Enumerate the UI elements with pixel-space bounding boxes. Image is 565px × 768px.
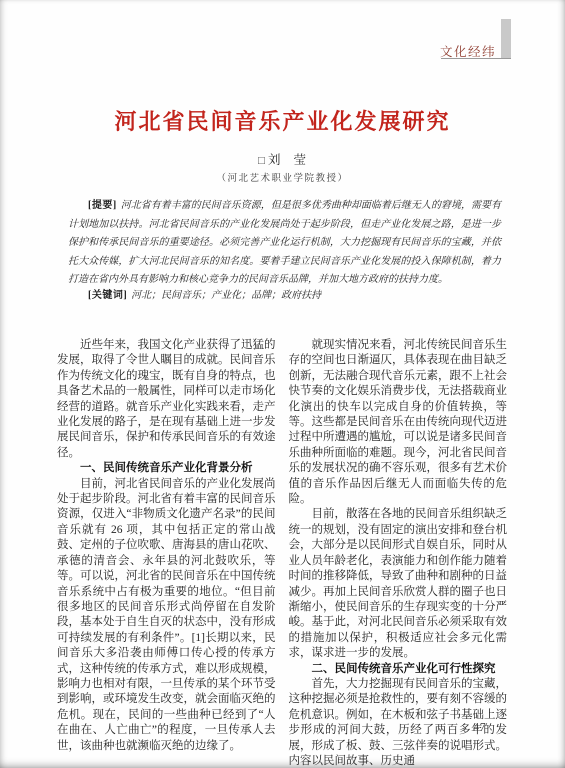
- author-family-name: 莹: [293, 153, 307, 167]
- body-paragraph: 目前，河北省民间音乐的产业化发展尚处于起步阶段。河北省有着丰富的民间音乐资源，仅…: [57, 477, 276, 754]
- body-column-right: 就现实情况来看，河北传统民间音乐生存的空间也日渐逼仄，具体表现在曲目缺乏创新，无…: [289, 338, 508, 768]
- section-heading: 一、民间传统音乐产业化背景分析: [57, 461, 276, 476]
- author-given-name: 刘: [268, 153, 282, 167]
- author-affiliation: （河北艺术职业学院教授）: [0, 170, 565, 184]
- body-paragraph: 近些年来，我国文化产业获得了迅猛的发展，取得了令世人瞩目的成就。民间音乐作为传统…: [57, 338, 276, 461]
- abstract-text: 河北省有着丰富的民间音乐资源，但是很多优秀曲种却面临着后继无人的窘境，需要有计划…: [68, 200, 501, 285]
- keywords-label: [关键词]: [88, 290, 127, 301]
- body-paragraph: 目前，散落在各地的民间音乐组织缺乏统一的规划，没有固定的演出安排和登台机会，大部…: [289, 507, 508, 661]
- abstract-paragraph: [提要]河北省有着丰富的民间音乐资源，但是很多优秀曲种却面临着后继无人的窘境，需…: [68, 197, 501, 290]
- abstract-label: [提要]: [88, 200, 117, 211]
- section-heading: 二、民间传统音乐产业化可行性探究: [289, 662, 508, 677]
- journal-page: 文化经纬 河北省民间音乐产业化发展研究 □刘莹 （河北艺术职业学院教授） [提要…: [0, 0, 565, 768]
- keywords-line: [关键词]河北；民间音乐；产业化；品牌；政府扶持: [68, 287, 501, 305]
- author-line: □刘莹: [0, 150, 565, 168]
- keywords-text: 河北；民间音乐；产业化；品牌；政府扶持: [131, 290, 321, 301]
- article-title: 河北省民间音乐产业化发展研究: [0, 105, 565, 136]
- category-side-bar: [501, 19, 511, 58]
- body-paragraph: 就现实情况来看，河北传统民间音乐生存的空间也日渐逼仄，具体表现在曲目缺乏创新，无…: [289, 338, 508, 507]
- page-number: 47: [455, 721, 505, 733]
- article-body: 近些年来，我国文化产业获得了迅猛的发展，取得了令世人瞩目的成就。民间音乐作为传统…: [57, 338, 507, 768]
- author-box-icon: □: [258, 155, 266, 167]
- body-column-left: 近些年来，我国文化产业获得了迅猛的发展，取得了令世人瞩目的成就。民间音乐作为传统…: [57, 338, 276, 768]
- category-underline-rule: [441, 58, 511, 59]
